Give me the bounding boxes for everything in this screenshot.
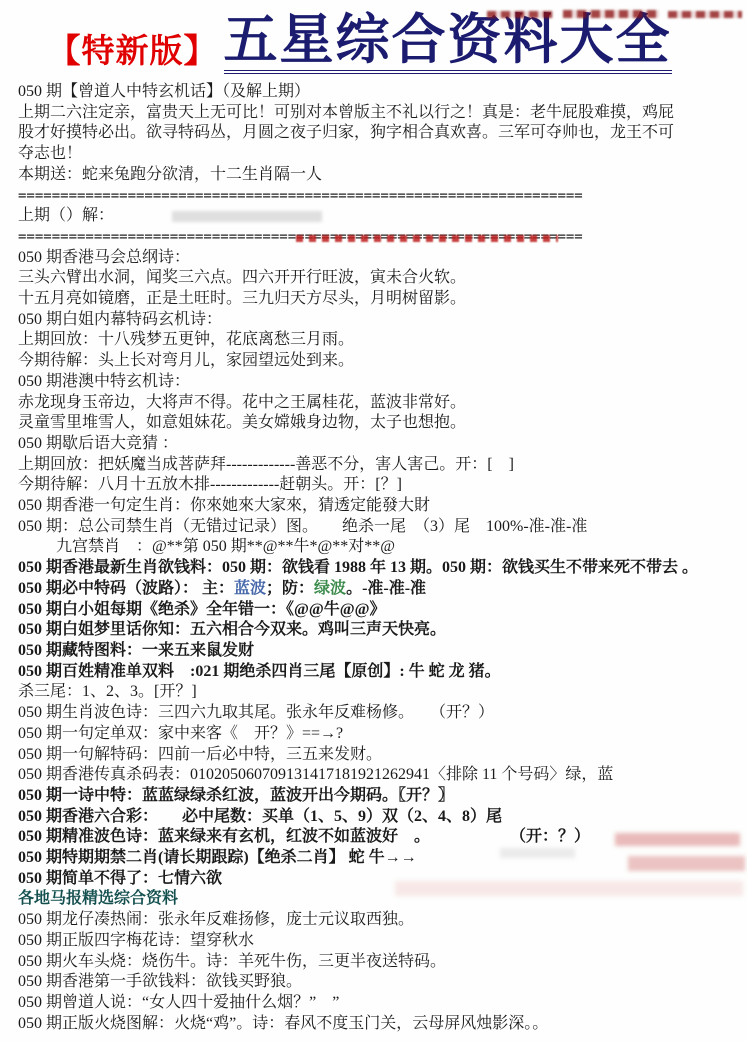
text-line: 050 期香港马会总纲诗：: [18, 248, 747, 269]
text-line: 赤龙现身玉帝边，大将声不得。花中之王属桂花，蓝波非常好。: [18, 393, 747, 414]
text-line: 050 期歇后语大竞猜 ：: [18, 434, 747, 455]
text-segment: 050 期必中特码（波路）： 主：: [18, 580, 234, 597]
text-line: 050 期一句解特码：四前一后必中特，三五来发财。: [18, 745, 747, 766]
text-line: 050 期一诗中特：蓝蓝绿绿杀红波，蓝波开出今期码。〖开？〗: [18, 786, 747, 807]
text-line: 050 期白姐内幕特码玄机诗：: [18, 310, 747, 331]
edition-badge: 【特新版】: [48, 25, 218, 72]
text-line: 050 期：总公司禁生肖（无错过记录）图。 绝杀一尾 （3）尾 100%-准-准…: [18, 517, 747, 538]
text-line: 050 期一句定单双：家中来客《 开？》==→?: [18, 724, 747, 745]
text-line: 上期（）解：: [18, 206, 747, 227]
text-line: 050 期火车头烧：烧伤牛。诗：羊死牛伤，三更半夜送特码。: [18, 952, 747, 973]
text-line: 050 期正版火烧图解：火烧“鸡”。诗：春风不度玉门关，云母屏风烛影深。。: [18, 1014, 747, 1035]
text-line: 050 期香港最新生肖欲钱料：050 期：欲钱看 1988 年 13 期。050…: [18, 558, 747, 579]
text-line: 夺志也！: [18, 144, 747, 165]
blue-wave-label: 蓝波: [234, 580, 266, 597]
separator-line: ========================================…: [18, 227, 747, 248]
text-line: 上期回放：把妖魔当成菩萨拜-------------善恶不分，害人害己。开：[ …: [18, 455, 747, 476]
text-line: 杀三尾：1、2、3。[开？]: [18, 682, 747, 703]
text-line: 050 期香港传真杀码表：010205060709131417181921262…: [18, 765, 747, 786]
text-line: 050 期藏特图料：一来五来鼠发财: [18, 641, 747, 662]
text-line: 今期待解：头上长对弯月儿，家园望远处到来。: [18, 351, 747, 372]
text-line: 本期送：蛇来兔跑分欲清，十二生肖隔一人: [18, 165, 747, 186]
text-line: 上期回放：十八残梦五更钟，花底离愁三月雨。: [18, 330, 747, 351]
text-line: 050 期白小姐每期《绝杀》全年错一：《@@牛@@》: [18, 600, 747, 621]
text-segment: 。-准-准-准: [346, 580, 426, 597]
text-line: 三头六臂出水洞，闻奖三六点。四六开开行旺波，寅未合火软。: [18, 268, 747, 289]
text-line: 050 期正版四字梅花诗：望穿秋水: [18, 931, 747, 952]
separator-red-overlay-artifact: [296, 235, 558, 242]
text-line: 050 期生肖波色诗：三四六九取其尾。张永年反难杨修。 （开？）: [18, 703, 747, 724]
text-line: 050 期特期期禁二肖(请长期跟踪)【绝杀二肖】 蛇 牛→→: [18, 848, 747, 869]
text-line: 灵童雪里堆雪人，如意姐妹花。美女嫦娥身边物，太子也想抱。: [18, 413, 747, 434]
text-line: 050 期精准波色诗：蓝来绿来有玄机，红波不如蓝波好 。 （开：？）: [18, 827, 747, 848]
text-line: 050 期百姓精准单双料 :021 期绝杀四肖三尾【原创】: 牛 蛇 龙 猪。: [18, 662, 747, 683]
text-line: 上期二六注定亲，富贵天上无可比！可别对本曾版主不礼以行之！真是：老牛屁股难摸，鸡…: [18, 103, 747, 124]
content-lines: 050 期【曾道人中特玄机话】（及解上期）上期二六注定亲，富贵天上无可比！可别对…: [0, 78, 747, 1034]
blurred-text-artifact: [172, 211, 322, 222]
text-line: 050 期港澳中特玄机诗：: [18, 372, 747, 393]
text-line: 股才好摸特必出。欲寻特码丛，月圆之夜子归家，狗字相合真欢喜。三军可夺帅也，龙王不…: [18, 123, 747, 144]
text-segment: ；防：: [266, 580, 314, 597]
text-line: 九宫禁肖 ：@**第 050 期**@**牛*@**对**@: [18, 537, 747, 558]
page-header: 【特新版】 五星综合资料大全: [0, 0, 733, 78]
section-heading: 各地马报精选综合资料: [18, 889, 747, 910]
text-line: 050 期香港一句定生肖：你來她來大家來，猜透定能發大財: [18, 496, 747, 517]
separator-line: ========================================…: [18, 186, 747, 207]
green-wave-label: 绿波: [314, 580, 346, 597]
text-line: 050 期简单不得了：七情六欲: [18, 869, 747, 890]
text-line: 050 期龙仔凑热闹：张永年反难扬修，庞士元议取西独。: [18, 910, 747, 931]
text-line: 050 期必中特码（波路）： 主：蓝波；防：绿波。-准-准-准: [18, 579, 747, 600]
text-line: 050 期【曾道人中特玄机话】（及解上期）: [18, 82, 747, 103]
text-line: 十五月亮如镜磨，正是土旺时。三九归天方尽头，月明树留影。: [18, 289, 747, 310]
text-line: 050 期香港第一手欲钱料：欲钱买野狼。: [18, 972, 747, 993]
text-line: 今期待解：八月十五放木排-------------赶朝头。开：[？]: [18, 475, 747, 496]
page-title: 五星综合资料大全: [224, 12, 672, 74]
text-line: 050 期白姐梦里话你知：五六相合今双来。鸡叫三声天快亮。: [18, 620, 747, 641]
text-line: 050 期曾道人说：“女人四十爱抽什么烟？” ”: [18, 993, 747, 1014]
text-line: 050 期香港六合彩： 必中尾数：买单（1、5、9）双（2、4、8）尾: [18, 807, 747, 828]
